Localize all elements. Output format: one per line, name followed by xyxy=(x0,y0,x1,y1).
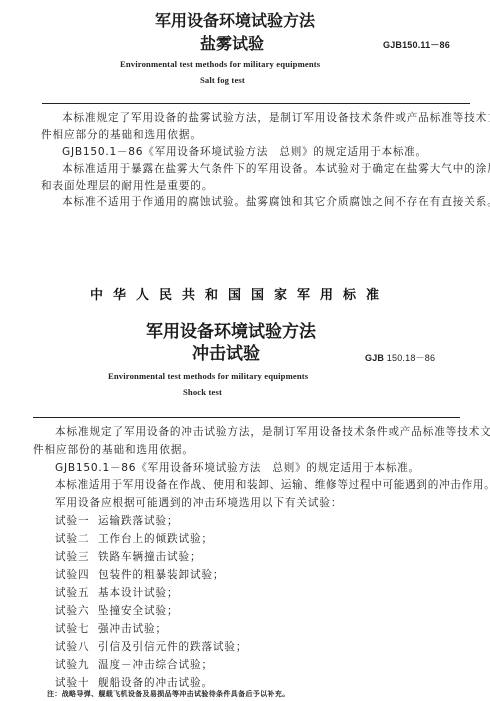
paragraph-line: GJB150.1－86《军用设备环境试验方法 总则》的规定适用于本标准。 xyxy=(55,462,420,474)
header-char: 国 xyxy=(251,289,274,303)
test-name: 基本设计试验； xyxy=(98,587,178,599)
test-item: 试验六坠撞安全试验； xyxy=(55,605,178,617)
header-char: 华 xyxy=(113,289,136,303)
test-number: 试验二 xyxy=(55,533,98,545)
test-number: 试验五 xyxy=(55,587,98,599)
test-name: 工作台上的倾跌试验； xyxy=(98,533,213,545)
header-char: 军 xyxy=(297,289,320,303)
standard-code-number: 150.18－86 xyxy=(384,353,435,363)
test-item: 试验五基本设计试验； xyxy=(55,587,178,599)
paragraph-line: 本标准适用于暴露在盐雾大气条件下的军用设备。本试验对于确定在盐雾大气中的涂层 xyxy=(62,163,490,175)
footnote: 注：战略导弹、舰载飞机设备及易损品等冲击试验待条件具备后予以补充。 xyxy=(47,690,290,698)
paragraph-line: 本标准规定了军用设备的冲击试验方法，是制订军用设备技术条件或产品标准等技术文 xyxy=(55,426,490,438)
standard-code: GJB 150.18－86 xyxy=(365,353,435,363)
test-name: 强冲击试验； xyxy=(98,623,167,635)
test-item: 试验三铁路车辆撞击试验； xyxy=(55,551,201,563)
test-item: 试验八引信及引信元件的跌落试验； xyxy=(55,641,247,653)
test-item: 试验二工作台上的倾跌试验； xyxy=(55,533,213,545)
test-item: 试验七强冲击试验； xyxy=(55,623,167,635)
test-name: 包装件的粗暴装卸试验； xyxy=(98,569,224,581)
english-subtitle: Salt fog test xyxy=(200,75,245,85)
test-item: 试验九温度－冲击综合试验； xyxy=(55,659,213,671)
paragraph-line: 军用设备应根据可能遇到的冲击环境选用以下有关试验： xyxy=(55,497,342,509)
test-number: 试验四 xyxy=(55,569,98,581)
paragraph-line: 件相应部分的基础和选用依据。 xyxy=(41,129,202,141)
english-title: Environmental test methods for military … xyxy=(108,371,308,381)
header-char: 准 xyxy=(366,289,389,303)
test-number: 试验三 xyxy=(55,551,98,563)
header-char: 人 xyxy=(136,289,159,303)
header-char: 国 xyxy=(228,289,251,303)
test-item: 试验四包装件的粗暴装卸试验； xyxy=(55,569,224,581)
header-char: 民 xyxy=(159,289,182,303)
test-number: 试验七 xyxy=(55,623,98,635)
test-name: 运输跌落试验； xyxy=(98,515,178,527)
test-name: 坠撞安全试验； xyxy=(98,605,178,617)
test-name: 舰船设备的冲击试验。 xyxy=(98,677,213,689)
national-standard-header: 中华人民共和国国家军用标准 xyxy=(90,289,389,303)
english-title: Environmental test methods for military … xyxy=(120,59,320,69)
test-item: 试验一运输跌落试验； xyxy=(55,515,178,527)
standard-code-prefix: GJB xyxy=(365,353,384,363)
test-number: 试验一 xyxy=(55,515,98,527)
paragraph-line: 本标准适用于军用设备在作战、使用和装卸、运输、维修等过程中可能遇到的冲击作用。 xyxy=(55,479,490,491)
paragraph-line: 和表面处理层的耐用性是重要的。 xyxy=(41,180,213,192)
document-subtitle: 冲击试验 xyxy=(192,345,260,363)
english-subtitle: Shock test xyxy=(183,387,222,397)
test-name: 温度－冲击综合试验； xyxy=(98,659,213,671)
paragraph-line: 本标准规定了军用设备的盐雾试验方法，是制订军用设备技术条件或产品标准等技术文 xyxy=(62,112,490,124)
header-char: 中 xyxy=(90,289,113,303)
header-char: 和 xyxy=(205,289,228,303)
test-number: 试验十 xyxy=(55,677,98,689)
test-number: 试验六 xyxy=(55,605,98,617)
paragraph-line: GJB150.1－86《军用设备环境试验方法 总则》的规定适用于本标准。 xyxy=(62,146,427,158)
test-item: 试验十舰船设备的冲击试验。 xyxy=(55,677,213,689)
test-name: 引信及引信元件的跌落试验； xyxy=(98,641,247,653)
standard-code: GJB150.11－86 xyxy=(383,40,450,50)
document-subtitle: 盐雾试验 xyxy=(200,35,264,53)
header-char: 用 xyxy=(320,289,343,303)
document-title: 军用设备环境试验方法 xyxy=(146,323,316,341)
header-char: 共 xyxy=(182,289,205,303)
header-char: 家 xyxy=(274,289,297,303)
test-number: 试验八 xyxy=(55,641,98,653)
paragraph-line: 本标准不适用于作通用的腐蚀试验。盐雾腐蚀和其它介质腐蚀之间不存在有直接关系。 xyxy=(62,196,490,208)
test-name: 铁路车辆撞击试验； xyxy=(98,551,201,563)
header-divider xyxy=(42,103,470,104)
document-title: 军用设备环境试验方法 xyxy=(155,12,315,30)
test-number: 试验九 xyxy=(55,659,98,671)
paragraph-line: 件相应部份的基础和选用依据。 xyxy=(33,444,194,456)
header-divider xyxy=(33,417,460,418)
header-char: 标 xyxy=(343,289,366,303)
